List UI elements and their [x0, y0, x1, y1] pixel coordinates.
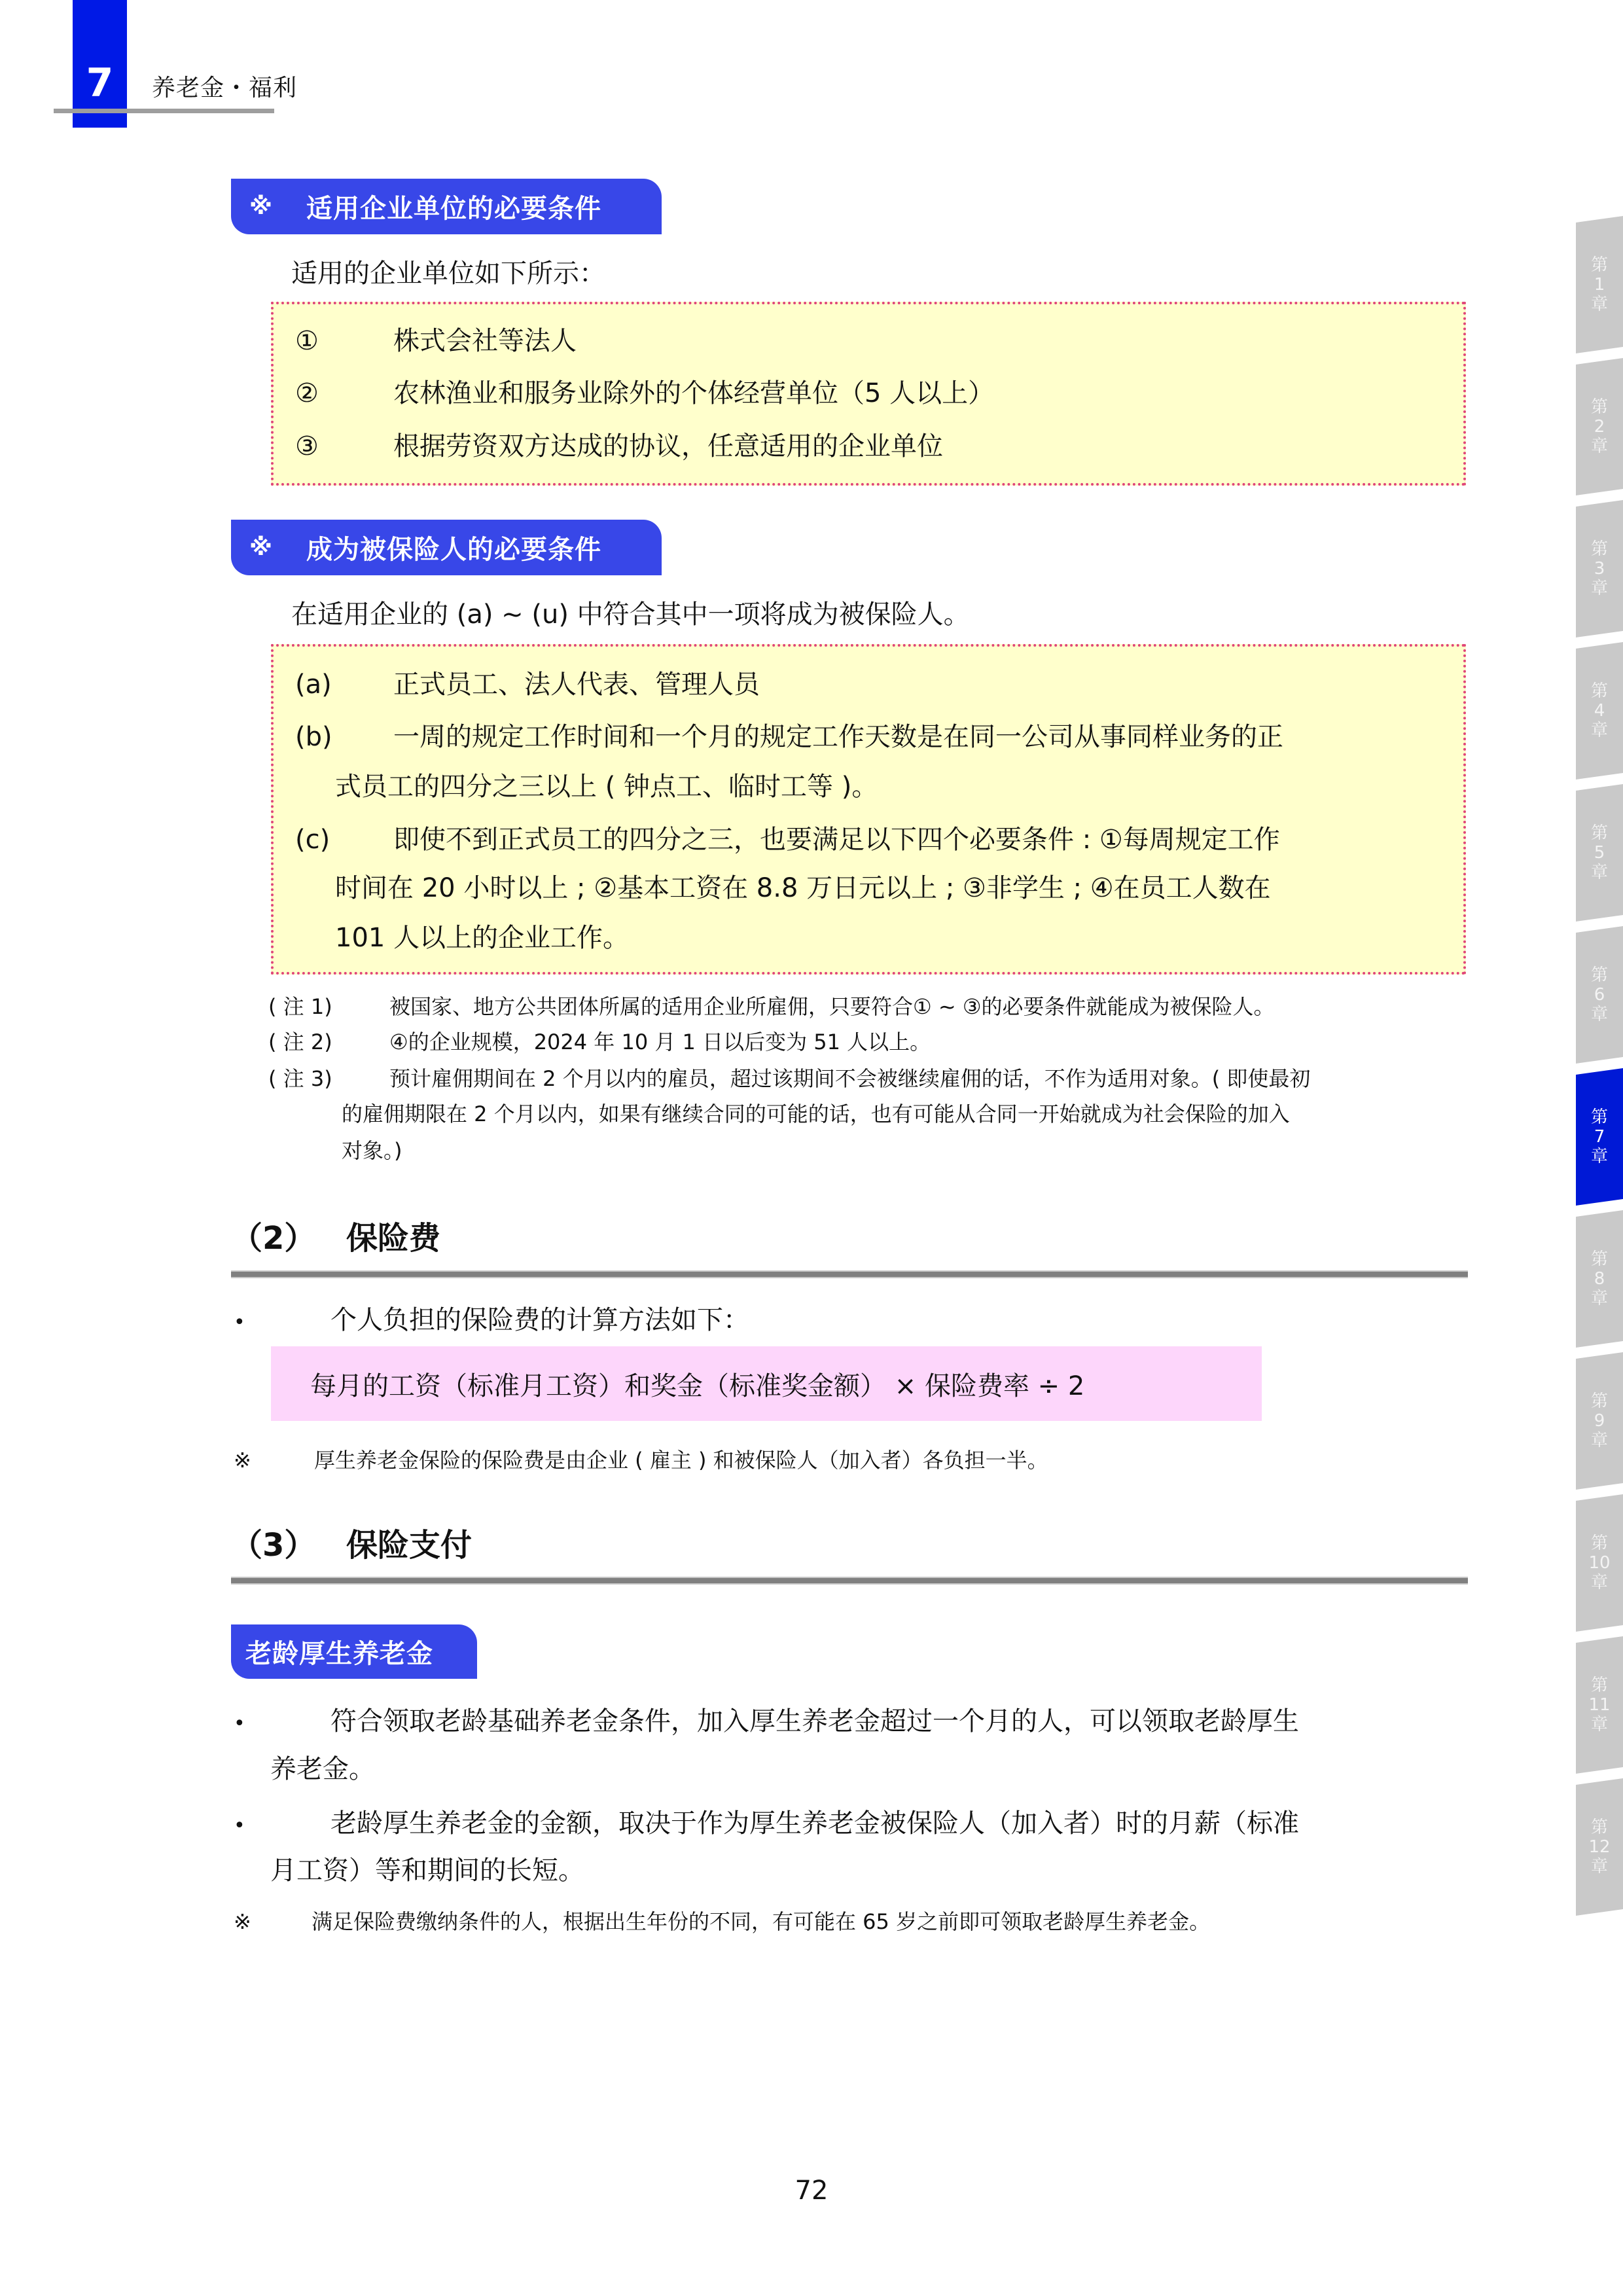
- chapter-title: 养老金・福利: [152, 73, 297, 103]
- item-text: 株式会社等法人: [393, 326, 577, 356]
- side-tab-chapter-11[interactable]: 第11章: [1576, 1636, 1623, 1774]
- banner-title: 适用企业单位的必要条件: [306, 188, 601, 225]
- header-rule: [54, 109, 274, 113]
- chapter-number: 7: [73, 60, 127, 106]
- list-item: (b)一周的规定工作时间和一个月的规定工作天数是在同一公司从事同样业务的正: [295, 720, 1283, 754]
- section-heading-benefits: （3）保险支付: [231, 1526, 472, 1565]
- item-continuation: 式员工的四分之三以上 ( 钟点工、临时工等 )。: [335, 770, 878, 804]
- note-label: ( 注 2): [268, 1028, 332, 1056]
- bullet-icon: •: [234, 1303, 245, 1340]
- reference-mark-icon: ※: [234, 1446, 251, 1474]
- bullet-icon: •: [234, 1704, 245, 1741]
- premium-formula-box: 每月的工资（标准月工资）和奖金（标准奖金额） × 保险费率 ÷ 2: [271, 1346, 1262, 1421]
- premium-bullet-text: 个人负担的保险费的计算方法如下：: [330, 1303, 749, 1337]
- item-label: (a): [295, 668, 393, 702]
- section-heading-premium: （2）保险费: [231, 1219, 440, 1258]
- premium-note: 厚生养老金保险的保险费是由企业 ( 雇主 ) 和被保险人（加入者）各负担一半。: [314, 1446, 1048, 1474]
- item-label: ②: [295, 376, 393, 410]
- item-label: ③: [295, 429, 393, 463]
- reference-mark-icon: ※: [249, 193, 272, 220]
- bullet-icon: •: [234, 1806, 245, 1843]
- benefit-bullet-continuation: 养老金。: [270, 1752, 375, 1786]
- reference-mark-icon: ※: [234, 1908, 251, 1935]
- note-text: 被国家、地方公共团体所属的适用企业所雇佣，只要符合① ~ ③的必要条件就能成为被…: [389, 993, 1275, 1020]
- side-tab-chapter-3[interactable]: 第3章: [1576, 500, 1623, 637]
- list-item: ②农林渔业和服务业除外的个体经营单位（5 人以上）: [295, 376, 994, 410]
- item-text: 正式员工、法人代表、管理人员: [393, 670, 760, 700]
- banner-old-age-pension: 老龄厚生养老金: [231, 1624, 477, 1679]
- section-number: （3）: [231, 1526, 346, 1565]
- list-item: (c)即使不到正式员工的四分之三，也要满足以下四个必要条件 : ①每周规定工作: [295, 823, 1280, 857]
- note-label: ( 注 3): [268, 1065, 332, 1092]
- banner-title: 成为被保险人的必要条件: [306, 529, 601, 566]
- note-text: ④的企业规模，2024 年 10 月 1 日以后变为 51 人以上。: [389, 1028, 931, 1056]
- applicable-list-box: ①株式会社等法人 ②农林渔业和服务业除外的个体经营单位（5 人以上） ③根据劳资…: [271, 302, 1466, 486]
- list-item: ③根据劳资双方达成的协议，任意适用的企业单位: [295, 429, 943, 463]
- item-text: 一周的规定工作时间和一个月的规定工作天数是在同一公司从事同样业务的正: [393, 722, 1283, 752]
- side-tab-chapter-5[interactable]: 第5章: [1576, 784, 1623, 922]
- item-text: 即使不到正式员工的四分之三，也要满足以下四个必要条件 : ①每周规定工作: [393, 825, 1280, 855]
- item-label: (b): [295, 720, 393, 754]
- page-number: 72: [0, 2174, 1623, 2207]
- side-tab-chapter-12[interactable]: 第12章: [1576, 1778, 1623, 1916]
- note-text-continuation: 的雇佣期限在 2 个月以内，如果有继续合同的可能的话，也有可能从合同一开始就成为…: [342, 1100, 1290, 1128]
- note-text-continuation: 对象。): [342, 1137, 402, 1164]
- side-tab-chapter-6[interactable]: 第6章: [1576, 926, 1623, 1064]
- side-tab-chapter-8[interactable]: 第8章: [1576, 1210, 1623, 1348]
- benefit-bullet-text: 符合领取老龄基础养老金条件，加入厚生养老金超过一个月的人，可以领取老龄厚生: [330, 1704, 1299, 1738]
- section-rule: [231, 1577, 1468, 1585]
- list-item: (a)正式员工、法人代表、管理人员: [295, 668, 760, 702]
- reference-mark-icon: ※: [249, 534, 272, 561]
- benefit-bullet-text: 老龄厚生养老金的金额，取决于作为厚生养老金被保险人（加入者）时的月薪（标准: [330, 1806, 1299, 1840]
- note-text: 预计雇佣期间在 2 个月以内的雇员，超过该期间不会被继续雇佣的话，不作为适用对象…: [389, 1065, 1310, 1092]
- banner-applicable-conditions: ※ 适用企业单位的必要条件: [231, 179, 662, 234]
- side-tab-chapter-9[interactable]: 第9章: [1576, 1352, 1623, 1490]
- applicable-intro: 适用的企业单位如下所示：: [291, 257, 605, 291]
- section-title: 保险支付: [346, 1527, 472, 1564]
- side-tab-chapter-1[interactable]: 第1章: [1576, 216, 1623, 353]
- side-tab-chapter-10[interactable]: 第10章: [1576, 1494, 1623, 1632]
- item-text: 农林渔业和服务业除外的个体经营单位（5 人以上）: [393, 378, 994, 408]
- section-rule: [231, 1270, 1468, 1278]
- side-tab-chapter-4[interactable]: 第4章: [1576, 642, 1623, 780]
- item-label: ①: [295, 324, 393, 358]
- note-label: ( 注 1): [268, 993, 332, 1020]
- section-number: （2）: [231, 1219, 346, 1258]
- benefit-bullet-continuation: 月工资）等和期间的长短。: [270, 1854, 584, 1888]
- premium-formula: 每月的工资（标准月工资）和奖金（标准奖金额） × 保险费率 ÷ 2: [310, 1365, 1084, 1403]
- insured-intro: 在适用企业的 (a) ~ (u) 中符合其中一项将成为被保险人。: [291, 598, 970, 632]
- side-tab-chapter-7[interactable]: 第7章: [1576, 1068, 1623, 1206]
- insured-list-box: (a)正式员工、法人代表、管理人员 (b)一周的规定工作时间和一个月的规定工作天…: [271, 644, 1466, 975]
- side-tab-chapter-2[interactable]: 第2章: [1576, 358, 1623, 495]
- list-item: ①株式会社等法人: [295, 324, 577, 358]
- benefits-note: 满足保险费缴纳条件的人，根据出生年份的不同，有可能在 65 岁之前即可领取老龄厚…: [312, 1908, 1210, 1935]
- banner-title: 老龄厚生养老金: [245, 1633, 433, 1670]
- item-label: (c): [295, 823, 393, 857]
- banner-insured-conditions: ※ 成为被保险人的必要条件: [231, 520, 662, 575]
- item-continuation: 101 人以上的企业工作。: [335, 921, 629, 955]
- section-title: 保险费: [346, 1220, 440, 1257]
- item-text: 根据劳资双方达成的协议，任意适用的企业单位: [393, 431, 943, 461]
- item-continuation: 时间在 20 小时以上 ; ②基本工资在 8.8 万日元以上 ; ③非学生 ; …: [335, 871, 1271, 905]
